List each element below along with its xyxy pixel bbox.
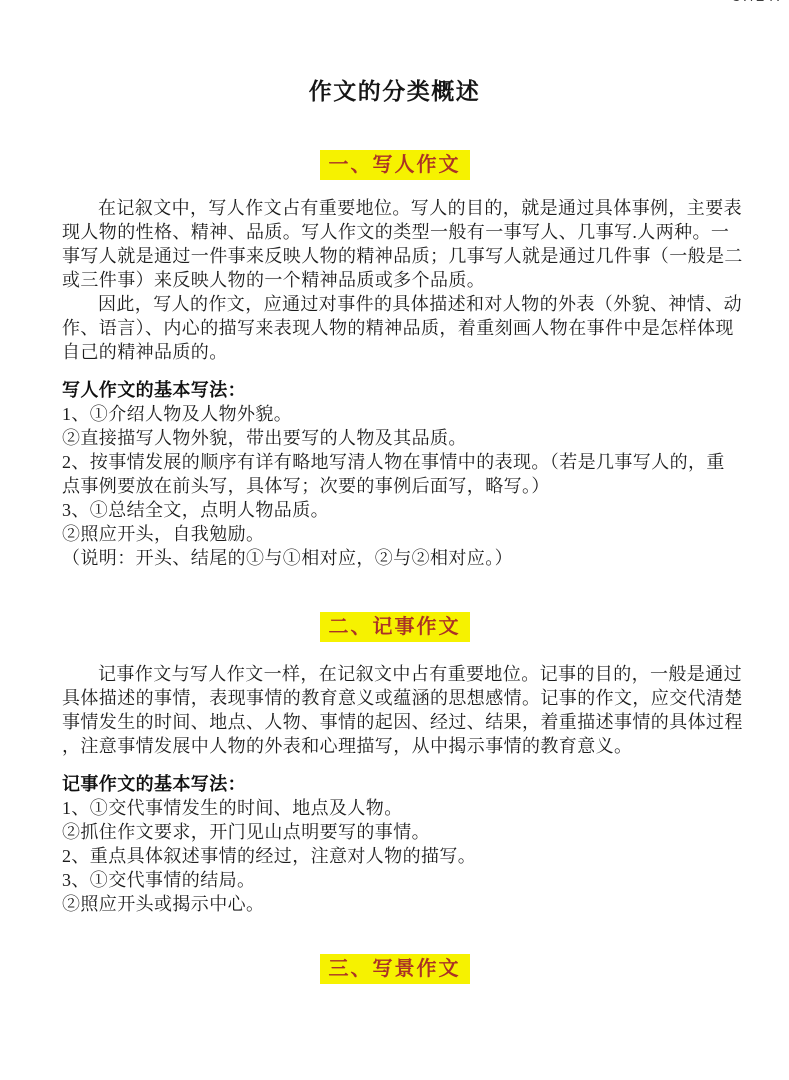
- text-line: 3、①交代事情的结局。: [62, 868, 727, 892]
- text-line: ②直接描写人物外貌，带出要写的人物及其品质。: [62, 426, 727, 450]
- text-line: 自己的精神品质的。: [62, 340, 727, 364]
- text-line: 作、语言）、内心的描写来表现人物的精神品质，着重刻画人物在事件中是怎样体现: [62, 316, 727, 340]
- section-1-header-row: 一、写人作文: [0, 150, 789, 180]
- document-page: 37/247 作文的分类概述 一、写人作文 在记叙文中，写人作文占有重要地位。写…: [0, 0, 789, 1080]
- text-line: 3、①总结全文，点明人物品质。: [62, 498, 727, 522]
- text-line: ②照应开头或揭示中心。: [62, 892, 727, 916]
- document-title: 作文的分类概述: [0, 0, 789, 106]
- text-line: 因此，写人的作文，应通过对事件的具体描述和对人物的外表（外貌、神情、动: [62, 292, 727, 316]
- section-2-header-row: 二、记事作文: [0, 612, 789, 642]
- text-line: 事情发生的时间、地点、人物、事情的起因、经过、结果，着重描述事情的具体过程: [62, 710, 727, 734]
- section-3-header-row: 三、写景作文: [0, 954, 789, 984]
- text-line: 1、①介绍人物及人物外貌。: [62, 402, 727, 426]
- section-1-heading: 一、写人作文: [320, 150, 470, 180]
- text-line: 事写人就是通过一件事来反映人物的精神品质；几事写人就是通过几件事（一般是二: [62, 244, 727, 268]
- text-line: 记事作文与写人作文一样，在记叙文中占有重要地位。记事的目的，一般是通过: [62, 662, 727, 686]
- text-line: 2、重点具体叙述事情的经过，注意对人物的描写。: [62, 844, 727, 868]
- section-1-content: 在记叙文中，写人作文占有重要地位。写人的目的，就是通过具体事例，主要表 现人物的…: [0, 196, 789, 570]
- section-2-heading: 二、记事作文: [320, 612, 470, 642]
- method-title: 写人作文的基本写法：: [62, 378, 727, 402]
- method-list: 1、①交代事情发生的时间、地点及人物。 ②抓住作文要求，开门见山点明要写的事情。…: [62, 796, 727, 916]
- paragraph: 记事作文与写人作文一样，在记叙文中占有重要地位。记事的目的，一般是通过 具体描述…: [62, 662, 727, 758]
- text-line: （说明：开头、结尾的①与①相对应，②与②相对应。）: [62, 546, 727, 570]
- method-title: 记事作文的基本写法：: [62, 772, 727, 796]
- paragraph: 因此，写人的作文，应通过对事件的具体描述和对人物的外表（外貌、神情、动 作、语言…: [62, 292, 727, 364]
- section-2-content: 记事作文与写人作文一样，在记叙文中占有重要地位。记事的目的，一般是通过 具体描述…: [0, 662, 789, 916]
- text-line: ②抓住作文要求，开门见山点明要写的事情。: [62, 820, 727, 844]
- page-indicator: 37/247: [732, 0, 784, 5]
- text-line: 现人物的性格、精神、品质。写人作文的类型一般有一事写人、几事写.人两种。一: [62, 220, 727, 244]
- text-line: 点事例要放在前头写，具体写；次要的事例后面写，略写。）: [62, 474, 727, 498]
- text-line: 2、按事情发展的顺序有详有略地写清人物在事情中的表现。（若是几事写人的，重: [62, 450, 727, 474]
- text-line: 在记叙文中，写人作文占有重要地位。写人的目的，就是通过具体事例，主要表: [62, 196, 727, 220]
- text-line: 或三件事）来反映人物的一个精神品质或多个品质。: [62, 268, 727, 292]
- paragraph: 在记叙文中，写人作文占有重要地位。写人的目的，就是通过具体事例，主要表 现人物的…: [62, 196, 727, 292]
- method-list: 1、①介绍人物及人物外貌。 ②直接描写人物外貌，带出要写的人物及其品质。 2、按…: [62, 402, 727, 570]
- text-line: ，注意事情发展中人物的外表和心理描写，从中揭示事情的教育意义。: [62, 734, 727, 758]
- text-line: 具体描述的事情，表现事情的教育意义或蕴涵的思想感情。记事的作文，应交代清楚: [62, 686, 727, 710]
- text-line: ②照应开头，自我勉励。: [62, 522, 727, 546]
- text-line: 1、①交代事情发生的时间、地点及人物。: [62, 796, 727, 820]
- section-3-heading: 三、写景作文: [320, 954, 470, 984]
